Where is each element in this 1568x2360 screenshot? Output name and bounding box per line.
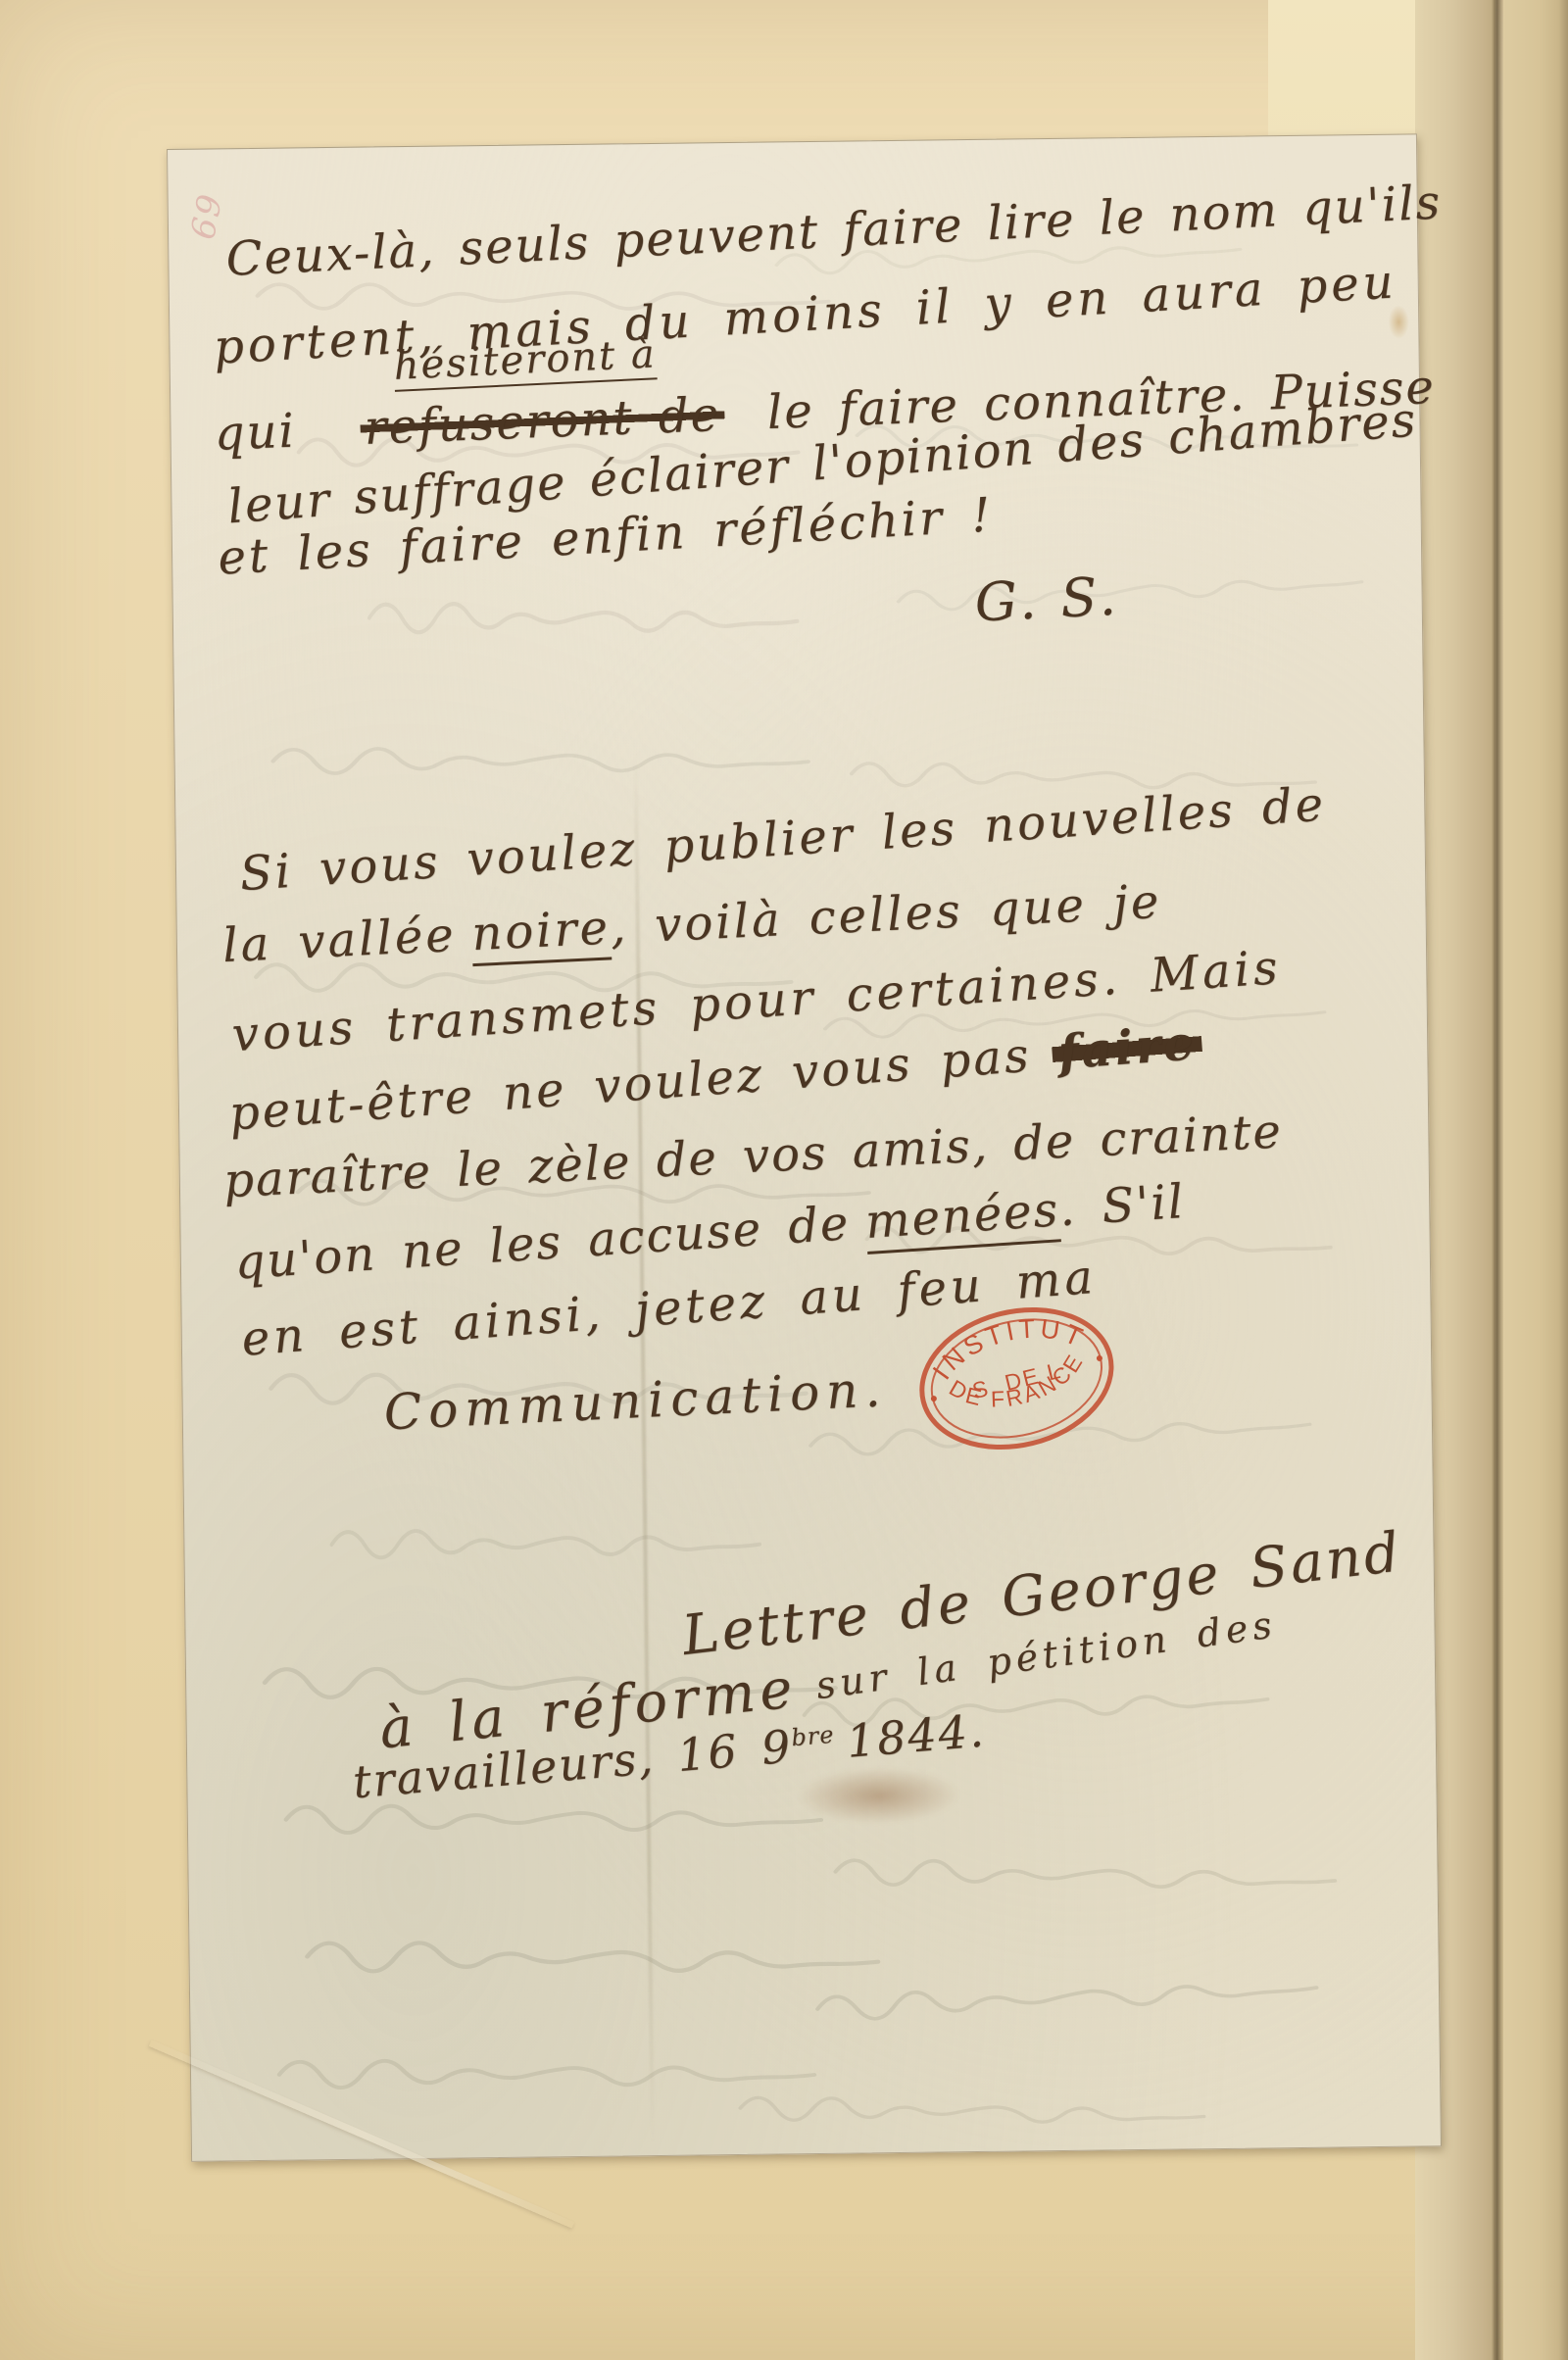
underlined-word: menées [863,1182,1061,1254]
folio-number: 69 [183,189,230,242]
crossed-out-word: faire [1051,1015,1204,1081]
manuscript-word: la vallée [221,908,458,973]
struck-word: refuseront de [360,387,725,456]
annotation-date-superscript: bre [790,1721,835,1752]
scanned-letter-page: 69 Ceux-là, seuls peuvent faire lire le … [0,0,1568,2360]
signature-initials: G. S. [973,565,1121,634]
adjacent-page-edge [1503,0,1568,2360]
manuscript-line: Communication. [383,1360,889,1441]
manuscript-line: Si vous voulez publier les nouvelles de [238,777,1328,903]
letter-sheet: 69 Ceux-là, seuls peuvent faire lire le … [167,133,1442,2161]
manuscript-word: . S'il [1057,1174,1187,1237]
annotation-date-year: 1844. [845,1703,988,1767]
binding-crease [1492,0,1503,2360]
underlined-word: noire [470,900,612,966]
paper-fold-line [634,752,655,2143]
manuscript-word: , voilà celles que je [609,874,1162,955]
manuscript-word: qui [214,404,297,462]
